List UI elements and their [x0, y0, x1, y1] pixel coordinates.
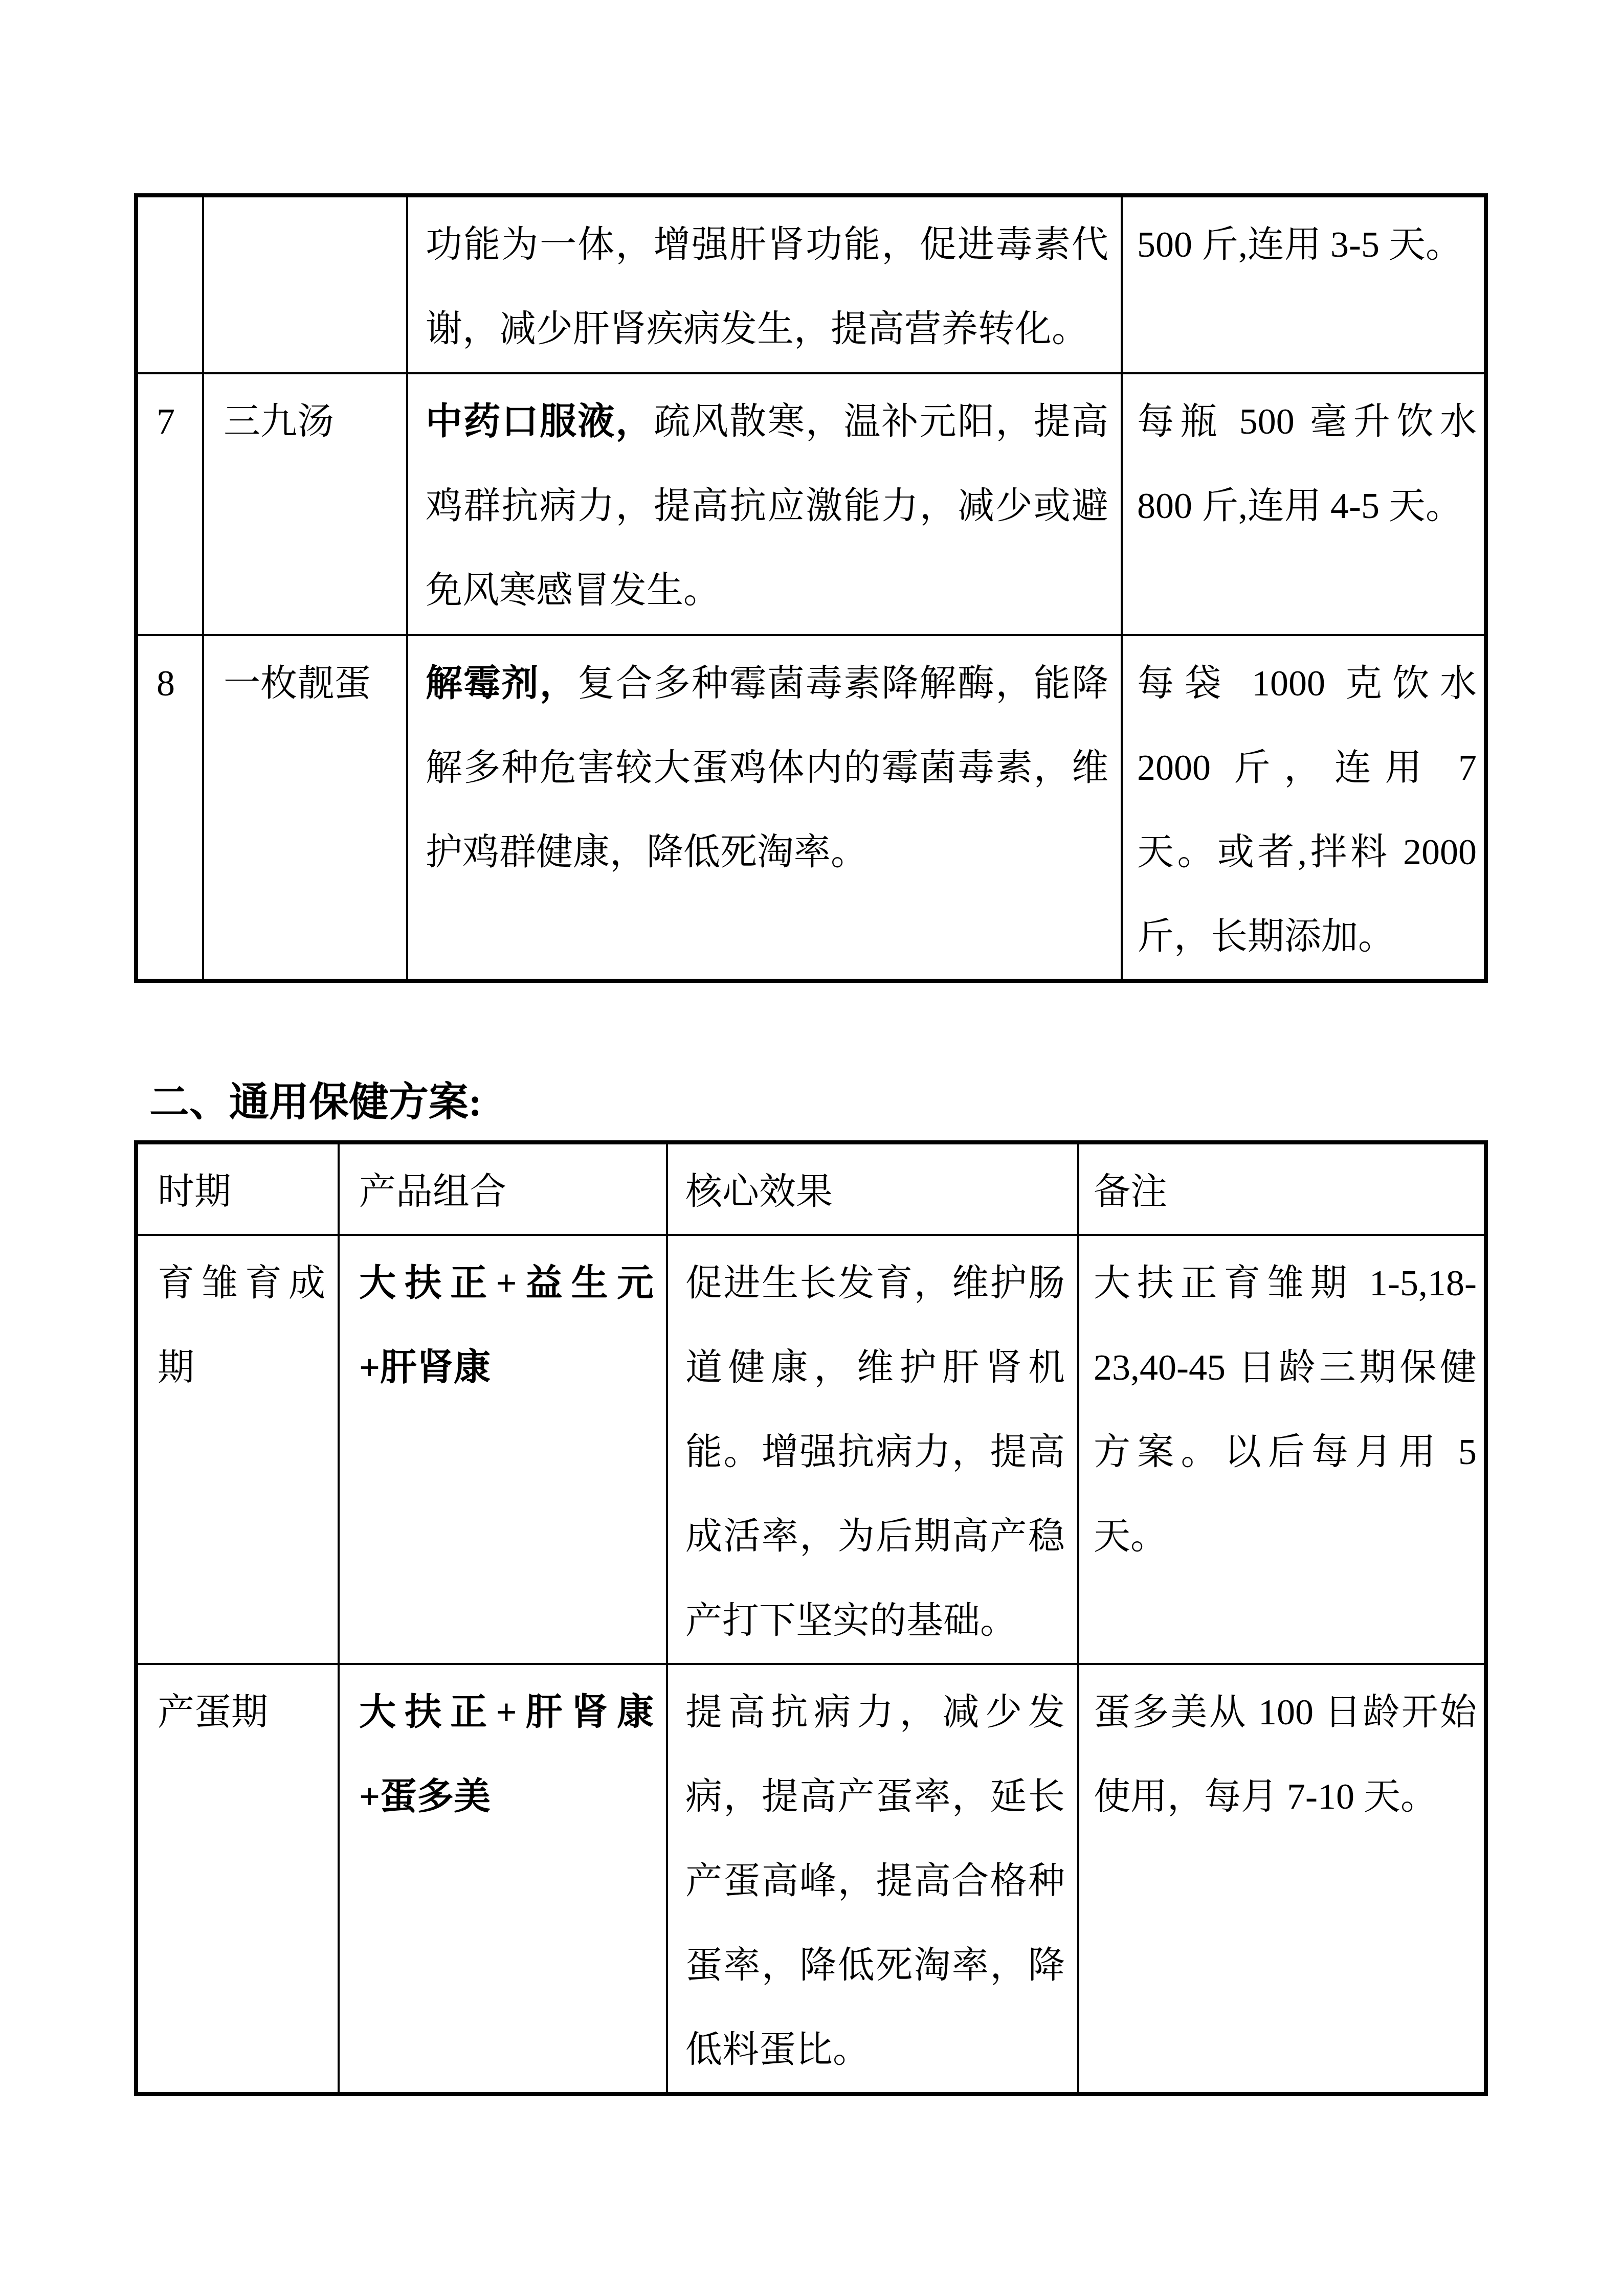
- dosage-cell: 每瓶 500 毫升饮水 800 斤,连用 4-5 天。: [1122, 373, 1486, 635]
- product-name-cell: [203, 195, 407, 373]
- product-name-cell: 一枚靓蛋: [203, 635, 407, 981]
- product-description-text: 功能为一体，增强肝肾功能，促进毒素代谢，减少肝肾疾病发生，提高营养转化。: [426, 224, 1108, 349]
- remark-cell: 蛋多美从 100 日龄开始使用，每月 7-10 天。: [1078, 1664, 1486, 2094]
- table-header-row: 时期 产品组合 核心效果 备注: [136, 1142, 1486, 1235]
- product-table: 功能为一体，增强肝肾功能，促进毒素代谢，减少肝肾疾病发生，提高营养转化。 500…: [134, 193, 1488, 983]
- document-page: { "page": { "background_color": "#ffffff…: [0, 0, 1624, 2296]
- product-type-label: 解霉剂，: [426, 663, 577, 704]
- header-effect: 核心效果: [667, 1142, 1078, 1235]
- product-combo-cell: 大扶正+肝肾康+蛋多美: [339, 1664, 667, 2094]
- table-row-brooding: 育雏育成期 大扶正+益生元+肝肾康 促进生长发育，维护肠道健康，维护肝肾机能。增…: [136, 1235, 1486, 1664]
- dosage-cell: 每袋 1000 克饮水 2000 斤，连用 7 天。或者,拌料 2000 斤，长…: [1122, 635, 1486, 981]
- row-number-cell: 8: [136, 635, 203, 981]
- product-description-cell: 解霉剂，复合多种霉菌毒素降解酶，能降解多种危害较大蛋鸡体内的霉菌毒素，维护鸡群健…: [407, 635, 1122, 981]
- product-name-cell: 三九汤: [203, 373, 407, 635]
- table-row-7: 7 三九汤 中药口服液，疏风散寒，温补元阳，提高鸡群抗病力，提高抗应激能力，减少…: [136, 373, 1486, 635]
- section-heading: 二、通用保健方案:: [149, 1077, 482, 1128]
- product-type-label: 中药口服液，: [426, 401, 654, 442]
- product-description-cell: 功能为一体，增强肝肾功能，促进毒素代谢，减少肝肾疾病发生，提高营养转化。: [407, 195, 1122, 373]
- remark-cell: 大扶正育雏期 1-5,18-23,40-45 日龄三期保健方案。以后每月用 5 …: [1078, 1235, 1486, 1664]
- dosage-cell: 500 斤,连用 3-5 天。: [1122, 195, 1486, 373]
- header-combo: 产品组合: [339, 1142, 667, 1235]
- table-row-continued: 功能为一体，增强肝肾功能，促进毒素代谢，减少肝肾疾病发生，提高营养转化。 500…: [136, 195, 1486, 373]
- row-number-cell: [136, 195, 203, 373]
- period-cell: 育雏育成期: [136, 1235, 339, 1664]
- product-combo-cell: 大扶正+益生元+肝肾康: [339, 1235, 667, 1664]
- table-row-8: 8 一枚靓蛋 解霉剂，复合多种霉菌毒素降解酶，能降解多种危害较大蛋鸡体内的霉菌毒…: [136, 635, 1486, 981]
- health-plan-table: 时期 产品组合 核心效果 备注 育雏育成期 大扶正+益生元+肝肾康 促进生长发育…: [134, 1140, 1488, 2096]
- core-effect-cell: 促进生长发育，维护肠道健康，维护肝肾机能。增强抗病力，提高成活率，为后期高产稳产…: [667, 1235, 1078, 1664]
- product-description-cell: 中药口服液，疏风散寒，温补元阳，提高鸡群抗病力，提高抗应激能力，减少或避免风寒感…: [407, 373, 1122, 635]
- row-number-cell: 7: [136, 373, 203, 635]
- table-row-laying: 产蛋期 大扶正+肝肾康+蛋多美 提高抗病力，减少发病，提高产蛋率，延长产蛋高峰，…: [136, 1664, 1486, 2094]
- core-effect-cell: 提高抗病力，减少发病，提高产蛋率，延长产蛋高峰，提高合格种蛋率，降低死淘率，降低…: [667, 1664, 1078, 2094]
- period-cell: 产蛋期: [136, 1664, 339, 2094]
- header-note: 备注: [1078, 1142, 1486, 1235]
- header-period: 时期: [136, 1142, 339, 1235]
